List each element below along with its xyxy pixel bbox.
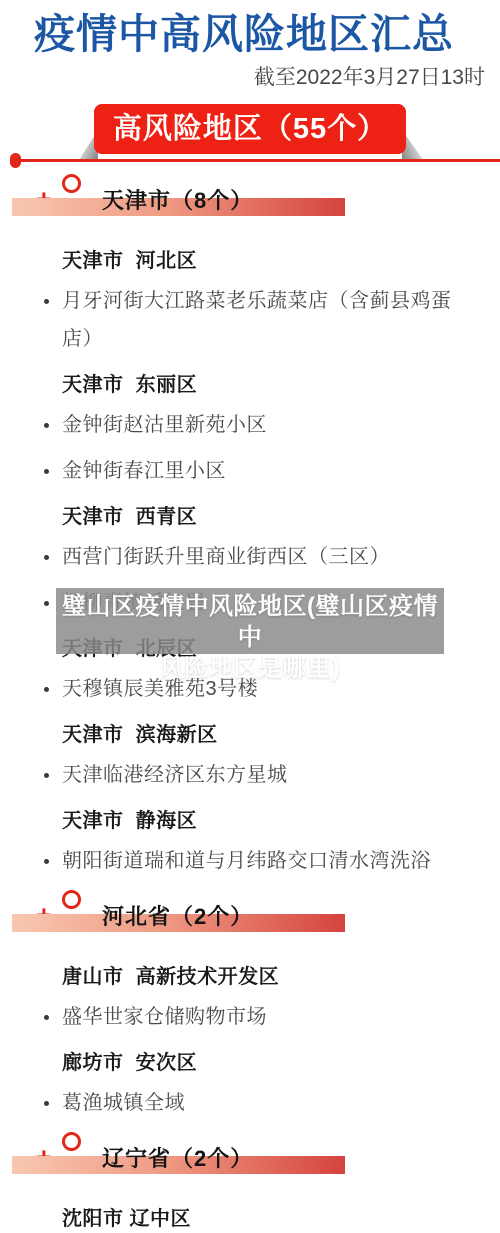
bullet-dot-icon [44, 687, 49, 692]
bullet-dot-icon [44, 859, 49, 864]
list-item-text: 盛华世家仓储购物市场 [62, 998, 267, 1036]
risk-banner-area: 高风险地区（55个） [0, 104, 500, 162]
district-heading-hebei-qu: 天津市 河北区 [62, 248, 500, 274]
list-item: 西营门街跃升里商业街西区（三区） [44, 538, 500, 576]
district-heading-jinghai: 天津市 静海区 [62, 808, 500, 834]
list-item: 月牙河街大江路菜老乐蔬菜店（含蓟县鸡蛋店） [44, 282, 500, 358]
district-heading-langfang: 廊坊市 安次区 [62, 1050, 500, 1076]
infographic-page: 疫情中高风险地区汇总 截至2022年3月27日13时 高风险地区（55个） + … [0, 0, 500, 1233]
section-header-liaoning: + 辽宁省（2个） [0, 1132, 500, 1180]
list-item: 金钟街春江里小区 [44, 452, 500, 490]
bullet-dot-icon [44, 555, 49, 560]
list-item: 金钟街赵沽里新苑小区 [44, 406, 500, 444]
page-title: 疫情中高风险地区汇总 [0, 8, 500, 60]
bullet-dot-icon [44, 1101, 49, 1106]
district-heading-shenyang: 沈阳市 辽中区 [62, 1206, 500, 1232]
accent-dot-icon [10, 153, 21, 168]
watermark-overlay: 璧山区疫情中风险地区(璧山区疫情中 风险地区是哪里) [56, 588, 444, 654]
section-title-tianjin: 天津市（8个） [102, 184, 253, 215]
district-heading-binhai: 天津市 滨海新区 [62, 722, 500, 748]
watermark-line2: 风险地区是哪里) [56, 653, 444, 684]
ring-mark-icon [62, 1132, 81, 1151]
list-item-text: 月牙河街大江路菜老乐蔬菜店（含蓟县鸡蛋店） [62, 282, 452, 358]
list-item-text: 西营门街跃升里商业街西区（三区） [62, 538, 390, 576]
bullet-dot-icon [44, 423, 49, 428]
list-item: 盛华世家仓储购物市场 [44, 998, 500, 1036]
list-item-text: 葛渔城镇全域 [62, 1084, 185, 1122]
section-title-liaoning: 辽宁省（2个） [102, 1142, 253, 1173]
district-heading-xiqing: 天津市 西青区 [62, 504, 500, 530]
watermark-line1: 璧山区疫情中风险地区(璧山区疫情中 [56, 591, 444, 653]
list-item-text: 金钟街赵沽里新苑小区 [62, 406, 267, 444]
high-risk-banner: 高风险地区（55个） [94, 104, 406, 154]
bullet-dot-icon [44, 469, 49, 474]
district-heading-tangshan: 唐山市 高新技术开发区 [62, 964, 500, 990]
list-item-text: 朝阳街道瑞和道与月纬路交口清水湾洗浴 [62, 842, 431, 880]
district-heading-dongli: 天津市 东丽区 [62, 372, 500, 398]
list-item: 天津临港经济区东方星城 [44, 756, 500, 794]
accent-line [18, 159, 500, 162]
section-header-tianjin: + 天津市（8个） [0, 174, 500, 222]
bullet-dot-icon [44, 1015, 49, 1020]
as-of-date: 截至2022年3月27日13时 [0, 64, 500, 92]
bullet-dot-icon [44, 601, 49, 606]
ring-mark-icon [62, 890, 81, 909]
list-item: 朝阳街道瑞和道与月纬路交口清水湾洗浴 [44, 842, 500, 880]
section-title-hebei: 河北省（2个） [102, 900, 253, 931]
list-item: 葛渔城镇全域 [44, 1084, 500, 1122]
bullet-dot-icon [44, 299, 49, 304]
list-item-text: 天津临港经济区东方星城 [62, 756, 288, 794]
list-item-text: 金钟街春江里小区 [62, 452, 226, 490]
bullet-dot-icon [44, 773, 49, 778]
ring-mark-icon [62, 174, 81, 193]
section-header-hebei: + 河北省（2个） [0, 890, 500, 938]
